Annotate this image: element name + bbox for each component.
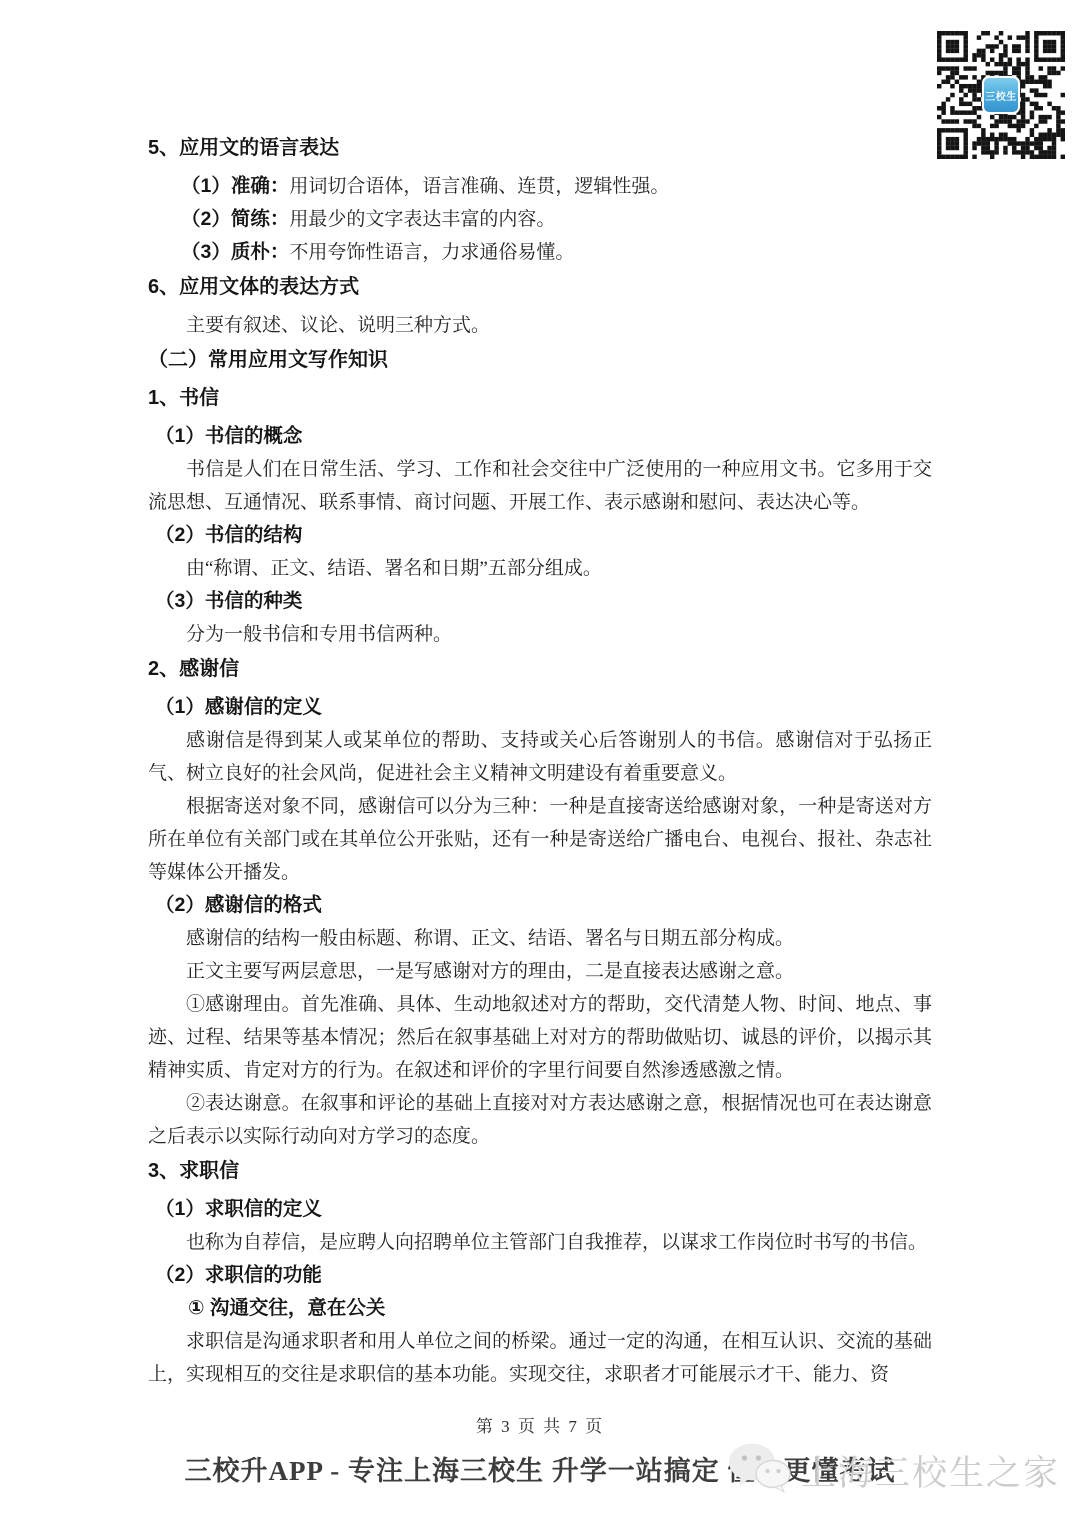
list-item-label: （2）简练： — [181, 208, 289, 230]
paragraph: 书信是人们在日常生活、学习、工作和社会交往中广泛使用的一种应用文书。它多用于交流… — [148, 453, 932, 519]
paragraph: 感谢信是得到某人或某单位的帮助、支持或关心后答谢别人的书信。感谢信对于弘扬正气、… — [148, 724, 932, 790]
paragraph: 正文主要写两层意思，一是写感谢对方的理由，二是直接表达感谢之意。 — [148, 955, 932, 988]
paragraph: 感谢信的结构一般由标题、称谓、正文、结语、署名与日期五部分构成。 — [148, 922, 932, 955]
section-heading: 2、感谢信 — [148, 653, 932, 686]
paragraph: 分为一般书信和专用书信两种。 — [148, 618, 932, 651]
list-item: （2）简练：用最少的文字表达丰富的内容。 — [181, 203, 932, 236]
section-heading: （二）常用应用文写作知识 — [148, 344, 932, 377]
paragraph: 主要有叙述、议论、说明三种方式。 — [148, 309, 932, 342]
paragraph: ②表达谢意。在叙事和评论的基础上直接对对方表达感谢之意，根据情况也可在表达谢意之… — [148, 1087, 932, 1153]
list-item-text: 用最少的文字表达丰富的内容。 — [289, 209, 555, 230]
wechat-icon — [727, 1441, 793, 1500]
document-body: 5、应用文的语言表达 （1）准确：用词切合语体，语言准确、连贯，逻辑性强。 （2… — [148, 0, 932, 1391]
list-item-label: （1）准确： — [181, 175, 289, 197]
paragraph: ①感谢理由。首先准确、具体、生动地叙述对方的帮助，交代清楚人物、时间、地点、事迹… — [148, 988, 932, 1087]
section-heading: 5、应用文的语言表达 — [148, 132, 932, 165]
sub-heading-circled: ① 沟通交往，意在公关 — [188, 1292, 932, 1325]
section-heading: 6、应用文体的表达方式 — [148, 271, 932, 304]
sub-heading: （1）感谢信的定义 — [155, 691, 932, 724]
list-item-text: 用词切合语体，语言准确、连贯，逻辑性强。 — [289, 176, 669, 197]
sub-heading: （2）书信的结构 — [155, 519, 932, 552]
section-heading: 3、求职信 — [148, 1155, 932, 1188]
watermark: 上海三校生之家 — [727, 1441, 1060, 1500]
sub-heading: （3）书信的种类 — [155, 585, 932, 618]
paragraph: 由“称谓、正文、结语、署名和日期”五部分组成。 — [148, 552, 932, 585]
list-item: （3）质朴：不用夸饰性语言，力求通俗易懂。 — [181, 236, 932, 269]
list-item-text: 不用夸饰性语言，力求通俗易懂。 — [289, 242, 574, 263]
document-page: 三校生 5、应用文的语言表达 （1）准确：用词切合语体，语言准确、连贯，逻辑性强… — [0, 0, 1080, 1527]
watermark-text: 上海三校生之家 — [801, 1446, 1060, 1496]
list-item: （1）准确：用词切合语体，语言准确、连贯，逻辑性强。 — [181, 170, 932, 203]
page-number: 第 3 页 共 7 页 — [0, 1412, 1080, 1437]
paragraph: 求职信是沟通求职者和用人单位之间的桥梁。通过一定的沟通，在相互认识、交流的基础上… — [148, 1325, 932, 1391]
sub-heading: （1）书信的概念 — [155, 420, 932, 453]
sub-heading: （2）感谢信的格式 — [155, 889, 932, 922]
section-heading: 1、书信 — [148, 382, 932, 415]
qr-center-logo: 三校生 — [982, 76, 1020, 114]
sub-heading: （2）求职信的功能 — [155, 1259, 932, 1292]
list-item-label: （3）质朴： — [181, 241, 289, 263]
paragraph: 根据寄送对象不同，感谢信可以分为三种：一种是直接寄送给感谢对象，一种是寄送对方所… — [148, 790, 932, 889]
sub-heading: （1）求职信的定义 — [155, 1193, 932, 1226]
qr-code: 三校生 — [937, 31, 1065, 159]
paragraph: 也称为自荐信，是应聘人向招聘单位主管部门自我推荐，以谋求工作岗位时书写的书信。 — [148, 1226, 932, 1259]
